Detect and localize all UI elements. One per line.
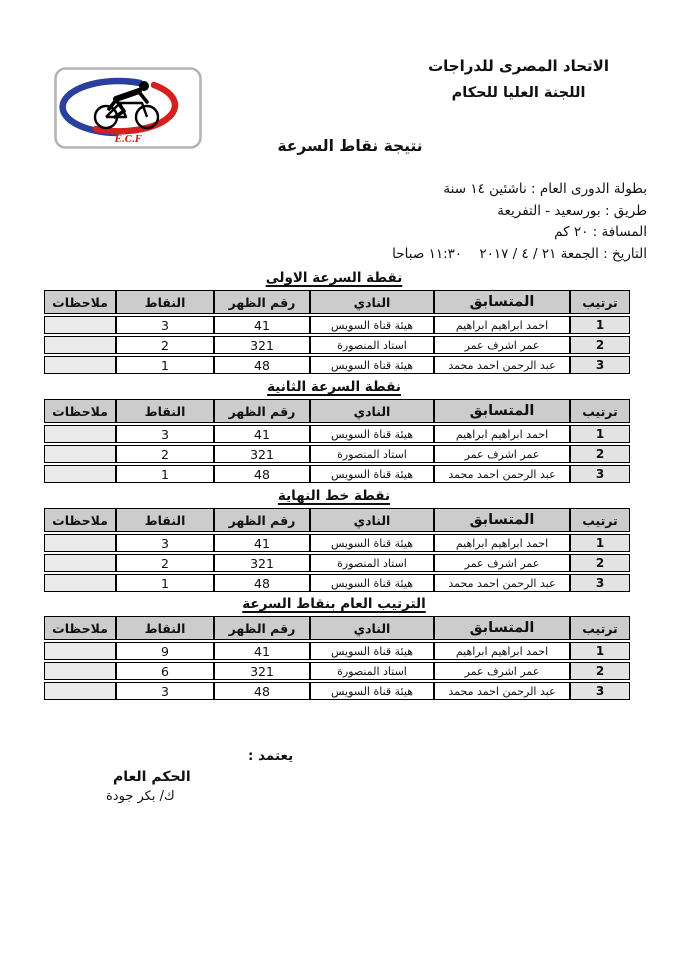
section-title: نقطة خط النهاية — [278, 488, 390, 504]
points-cell: 6 — [116, 662, 214, 680]
competitor-cell: احمد ابراهيم ابراهيم — [434, 316, 570, 334]
col-header-points: النقاط — [116, 508, 214, 532]
club-cell: هيئة قناة السويس — [310, 465, 434, 483]
col-header-notes: ملاحظات — [44, 399, 116, 423]
competitor-cell: عبد الرحمن احمد محمد — [434, 465, 570, 483]
points-cell: 2 — [116, 445, 214, 463]
col-header-notes: ملاحظات — [44, 508, 116, 532]
document-page: الاتحاد المصرى للدراجات اللجنة العليا لل… — [0, 0, 679, 960]
rank-cell: 2 — [570, 445, 630, 463]
rank-cell: 3 — [570, 465, 630, 483]
back-number-cell: 48 — [214, 465, 310, 483]
rank-cell: 1 — [570, 642, 630, 660]
col-header-back-number: رقم الظهر — [214, 616, 310, 640]
results-table: ترتيب المتسابق النادي رقم الظهر النقاط م… — [44, 288, 630, 376]
notes-cell — [44, 336, 116, 354]
notes-cell — [44, 554, 116, 572]
table-header-row: ترتيب المتسابق النادي رقم الظهر النقاط م… — [44, 616, 630, 640]
col-header-competitor: المتسابق — [434, 290, 570, 314]
col-header-club: النادي — [310, 616, 434, 640]
competitor-cell: عمر اشرف عمر — [434, 554, 570, 572]
date-line: التاريخ : الجمعة ٢١ / ٤ / ٢٠١٧ ١١:٣٠ صبا… — [392, 244, 647, 266]
competitor-cell: عمر اشرف عمر — [434, 336, 570, 354]
notes-cell — [44, 316, 116, 334]
section-title: الترتيب العام بنقاط السرعة — [242, 596, 425, 612]
rank-cell: 3 — [570, 574, 630, 592]
rank-cell: 1 — [570, 425, 630, 443]
points-cell: 9 — [116, 642, 214, 660]
points-cell: 1 — [116, 574, 214, 592]
back-number-cell: 41 — [214, 316, 310, 334]
table-row: 3 عبد الرحمن احمد محمد هيئة قناة السويس … — [44, 465, 630, 483]
table-row: 3 عبد الرحمن احمد محمد هيئة قناة السويس … — [44, 356, 630, 374]
table-header-row: ترتيب المتسابق النادي رقم الظهر النقاط م… — [44, 508, 630, 532]
club-cell: استاد المنصورة — [310, 554, 434, 572]
referee-title: الحكم العام — [113, 769, 191, 785]
back-number-cell: 48 — [214, 682, 310, 700]
notes-cell — [44, 465, 116, 483]
col-header-club: النادي — [310, 508, 434, 532]
rank-cell: 2 — [570, 336, 630, 354]
competitor-cell: عمر اشرف عمر — [434, 662, 570, 680]
committee-name: اللجنة العليا للحكام — [428, 80, 609, 106]
rank-cell: 1 — [570, 316, 630, 334]
col-header-competitor: المتسابق — [434, 399, 570, 423]
col-header-rank: ترتيب — [570, 290, 630, 314]
back-number-cell: 41 — [214, 642, 310, 660]
rank-cell: 3 — [570, 356, 630, 374]
table-header-row: ترتيب المتسابق النادي رقم الظهر النقاط م… — [44, 399, 630, 423]
col-header-club: النادي — [310, 290, 434, 314]
results-table: ترتيب المتسابق النادي رقم الظهر النقاط م… — [44, 614, 630, 702]
table-row: 3 عبد الرحمن احمد محمد هيئة قناة السويس … — [44, 682, 630, 700]
race-info: بطولة الدورى العام : ناشئين ١٤ سنة طريق … — [392, 179, 647, 265]
notes-cell — [44, 425, 116, 443]
notes-cell — [44, 356, 116, 374]
col-header-club: النادي — [310, 399, 434, 423]
competitor-cell: احمد ابراهيم ابراهيم — [434, 425, 570, 443]
competitor-cell: عبد الرحمن احمد محمد — [434, 682, 570, 700]
competitor-cell: احمد ابراهيم ابراهيم — [434, 534, 570, 552]
section-speed-point-1: نقطة السرعة الاولى ترتيب المتسابق النادي… — [44, 267, 630, 376]
back-number-cell: 321 — [214, 662, 310, 680]
col-header-back-number: رقم الظهر — [214, 399, 310, 423]
page-title: نتيجة نقاط السرعة — [0, 137, 679, 155]
table-header-row: ترتيب المتسابق النادي رقم الظهر النقاط م… — [44, 290, 630, 314]
rank-cell: 2 — [570, 662, 630, 680]
section-finish-line: نقطة خط النهاية ترتيب المتسابق النادي رق… — [44, 485, 630, 594]
back-number-cell: 321 — [214, 336, 310, 354]
back-number-cell: 41 — [214, 425, 310, 443]
col-header-points: النقاط — [116, 399, 214, 423]
section-general-ranking: الترتيب العام بنقاط السرعة ترتيب المتساب… — [44, 593, 630, 702]
club-cell: استاد المنصورة — [310, 662, 434, 680]
rank-cell: 2 — [570, 554, 630, 572]
notes-cell — [44, 534, 116, 552]
back-number-cell: 48 — [214, 356, 310, 374]
distance-line: المسافة : ٢٠ كم — [392, 222, 647, 244]
competitor-cell: عمر اشرف عمر — [434, 445, 570, 463]
section-title: نقطة السرعة الثانية — [267, 379, 401, 395]
points-cell: 3 — [116, 316, 214, 334]
club-cell: استاد المنصورة — [310, 445, 434, 463]
rank-cell: 1 — [570, 534, 630, 552]
route-line: طريق : بورسعيد - التفريعة — [392, 201, 647, 223]
table-row: 2 عمر اشرف عمر استاد المنصورة 321 2 — [44, 445, 630, 463]
section-speed-point-2: نقطة السرعة الثانية ترتيب المتسابق الناد… — [44, 376, 630, 485]
points-cell: 3 — [116, 534, 214, 552]
col-header-back-number: رقم الظهر — [214, 290, 310, 314]
competitor-cell: عبد الرحمن احمد محمد — [434, 574, 570, 592]
col-header-competitor: المتسابق — [434, 616, 570, 640]
table-row: 1 احمد ابراهيم ابراهيم هيئة قناة السويس … — [44, 316, 630, 334]
back-number-cell: 41 — [214, 534, 310, 552]
competitor-cell: احمد ابراهيم ابراهيم — [434, 642, 570, 660]
col-header-rank: ترتيب — [570, 399, 630, 423]
championship-line: بطولة الدورى العام : ناشئين ١٤ سنة — [392, 179, 647, 201]
table-row: 1 احمد ابراهيم ابراهيم هيئة قناة السويس … — [44, 642, 630, 660]
col-header-back-number: رقم الظهر — [214, 508, 310, 532]
points-cell: 1 — [116, 465, 214, 483]
points-cell: 1 — [116, 356, 214, 374]
competitor-cell: عبد الرحمن احمد محمد — [434, 356, 570, 374]
club-cell: استاد المنصورة — [310, 336, 434, 354]
referee-name: ك/ بكر جودة — [106, 789, 175, 804]
federation-name: الاتحاد المصرى للدراجات — [428, 52, 609, 80]
table-row: 1 احمد ابراهيم ابراهيم هيئة قناة السويس … — [44, 534, 630, 552]
points-cell: 2 — [116, 554, 214, 572]
col-header-points: النقاط — [116, 290, 214, 314]
col-header-notes: ملاحظات — [44, 290, 116, 314]
results-table: ترتيب المتسابق النادي رقم الظهر النقاط م… — [44, 397, 630, 485]
approval-label: يعتمد : — [248, 748, 293, 764]
points-cell: 3 — [116, 425, 214, 443]
col-header-competitor: المتسابق — [434, 508, 570, 532]
notes-cell — [44, 662, 116, 680]
club-cell: هيئة قناة السويس — [310, 425, 434, 443]
notes-cell — [44, 642, 116, 660]
table-row: 2 عمر اشرف عمر استاد المنصورة 321 6 — [44, 662, 630, 680]
club-cell: هيئة قناة السويس — [310, 682, 434, 700]
table-row: 2 عمر اشرف عمر استاد المنصورة 321 2 — [44, 336, 630, 354]
back-number-cell: 48 — [214, 574, 310, 592]
notes-cell — [44, 682, 116, 700]
table-row: 1 احمد ابراهيم ابراهيم هيئة قناة السويس … — [44, 425, 630, 443]
rank-cell: 3 — [570, 682, 630, 700]
points-cell: 2 — [116, 336, 214, 354]
organization-header: الاتحاد المصرى للدراجات اللجنة العليا لل… — [428, 52, 609, 106]
club-cell: هيئة قناة السويس — [310, 356, 434, 374]
table-row: 3 عبد الرحمن احمد محمد هيئة قناة السويس … — [44, 574, 630, 592]
notes-cell — [44, 445, 116, 463]
table-row: 2 عمر اشرف عمر استاد المنصورة 321 2 — [44, 554, 630, 572]
col-header-notes: ملاحظات — [44, 616, 116, 640]
club-cell: هيئة قناة السويس — [310, 534, 434, 552]
club-cell: هيئة قناة السويس — [310, 574, 434, 592]
col-header-rank: ترتيب — [570, 508, 630, 532]
back-number-cell: 321 — [214, 554, 310, 572]
club-cell: هيئة قناة السويس — [310, 642, 434, 660]
col-header-rank: ترتيب — [570, 616, 630, 640]
notes-cell — [44, 574, 116, 592]
club-cell: هيئة قناة السويس — [310, 316, 434, 334]
col-header-points: النقاط — [116, 616, 214, 640]
results-table: ترتيب المتسابق النادي رقم الظهر النقاط م… — [44, 506, 630, 594]
back-number-cell: 321 — [214, 445, 310, 463]
points-cell: 3 — [116, 682, 214, 700]
section-title: نقطة السرعة الاولى — [266, 270, 403, 286]
